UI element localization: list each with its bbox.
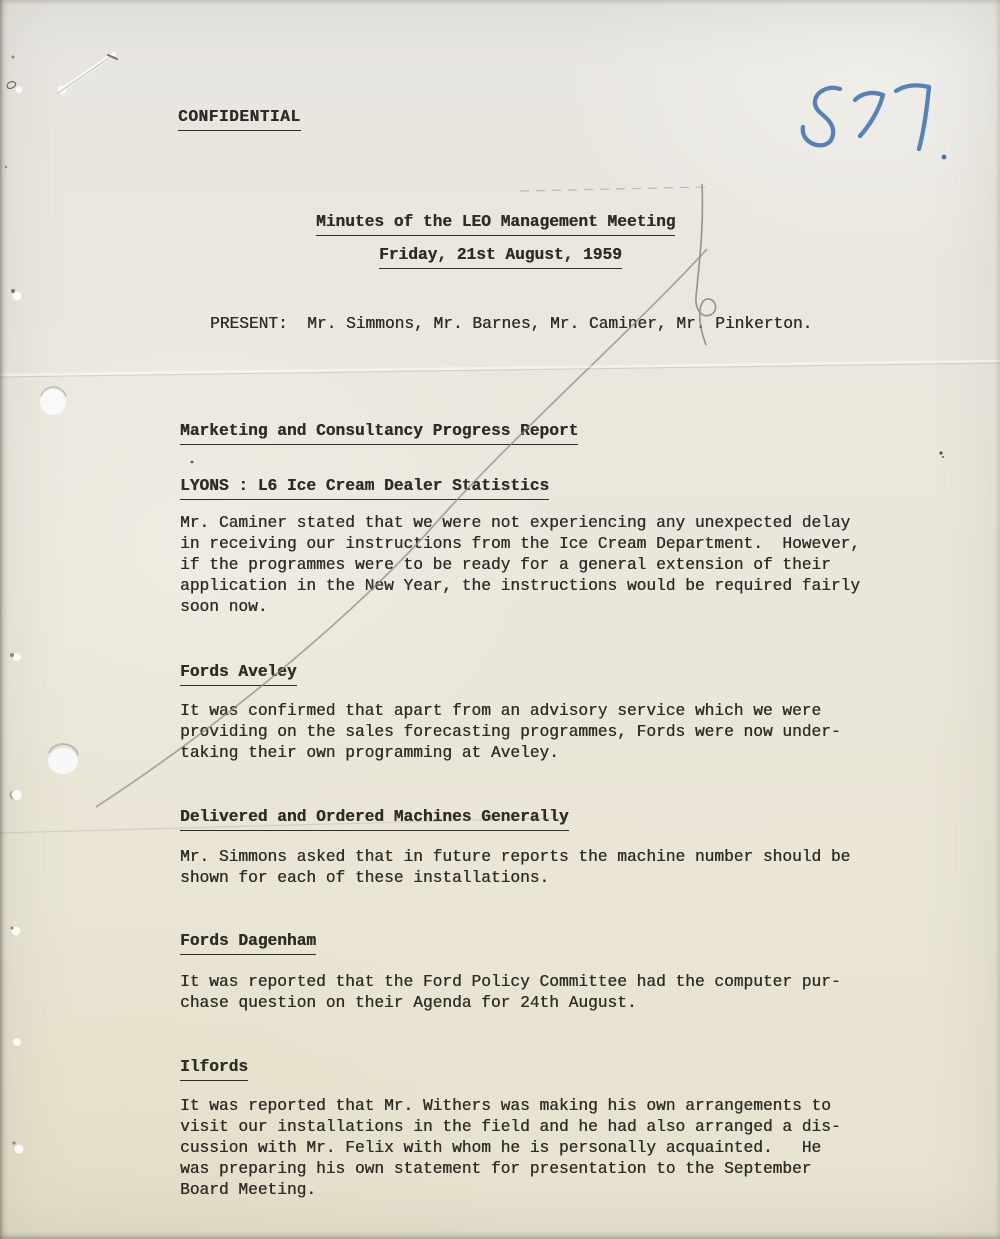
section-body-fords-aveley: It was confirmed that apart from an advi… [180,701,880,764]
present-line: PRESENT: Mr. Simmons, Mr. Barnes, Mr. Ca… [210,314,812,335]
paper-clip-mark [58,54,118,95]
section-heading-fords-dagenham: Fords Dagenham [180,931,316,955]
scan-artifacts-overlay: 577. [0,0,1000,1239]
section-body-fords-dagenham: It was reported that the Ford Policy Com… [180,972,880,1014]
punch-hole [40,387,78,774]
scanned-document-page: CONFIDENTIAL Minutes of the LEO Manageme… [0,0,1000,1239]
pin-hole [5,56,24,1154]
section-body-ilfords: It was reported that Mr. Withers was mak… [180,1096,890,1201]
section-body-lyons: Mr. Caminer stated that we were not expe… [180,513,880,618]
paper-edge-shadow-right [995,0,1000,1239]
section-heading-lyons: LYONS : L6 Ice Cream Dealer Statistics [180,476,549,500]
paper-edge-shadow-bottom [0,1231,1000,1239]
doc-subtitle-date: Friday, 21st August, 1959 [379,245,622,269]
classification-stamp: CONFIDENTIAL [178,107,301,131]
section-heading-ilfords: Ilfords [180,1057,248,1081]
paper-edge-shadow-top [0,0,1000,5]
ink-speck [191,451,944,463]
paper-edge-shadow-left [0,0,9,1239]
section-heading-marketing: Marketing and Consultancy Progress Repor… [180,421,578,445]
handwritten-page-number: 577. [803,85,947,159]
section-heading-delivered-machines: Delivered and Ordered Machines Generally [180,807,569,831]
doc-title: Minutes of the LEO Management Meeting [316,212,675,236]
section-body-delivered-machines: Mr. Simmons asked that in future reports… [180,847,880,889]
section-heading-fords-aveley: Fords Aveley [180,662,297,686]
pencil-dashed-line [520,187,706,191]
